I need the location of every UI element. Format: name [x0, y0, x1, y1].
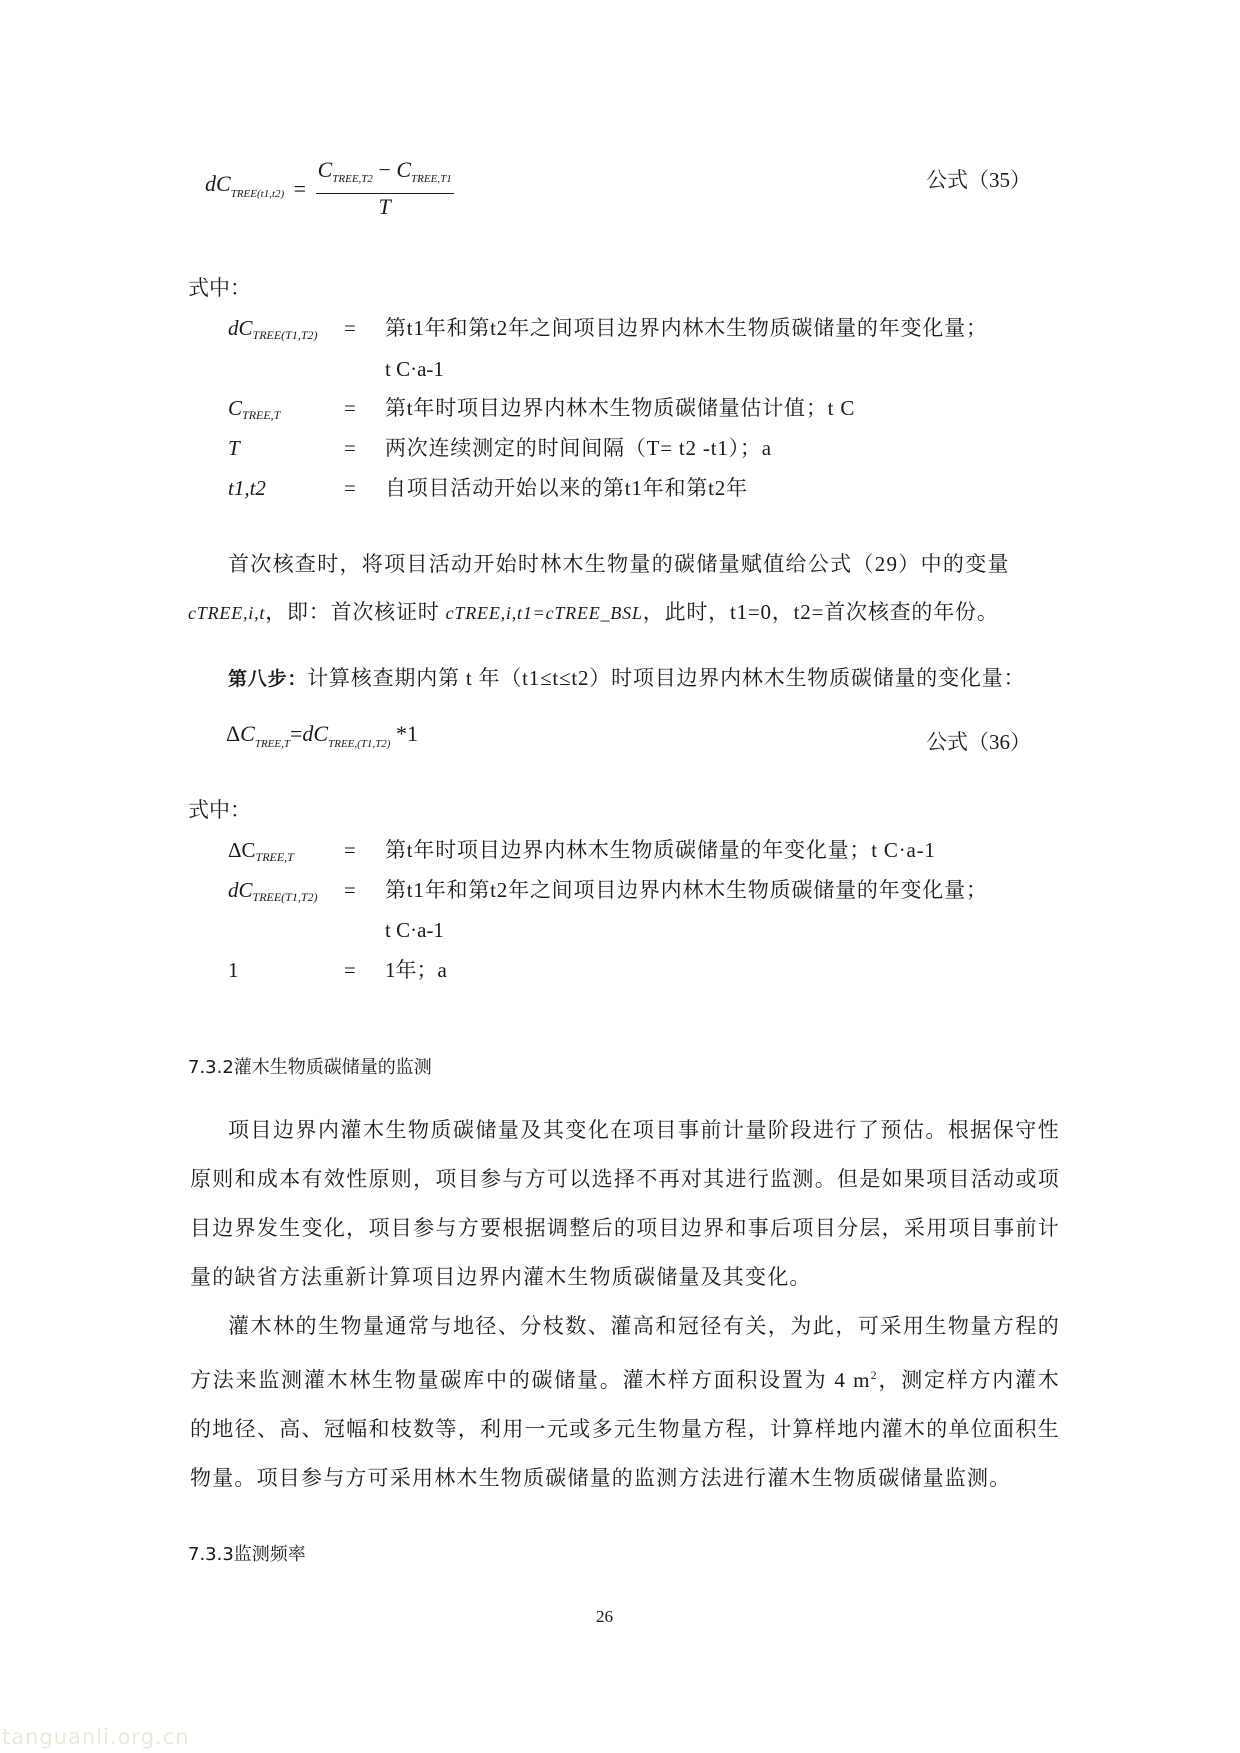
formula-35-fraction: CTREE,t2 − CTREE,t1 T: [316, 158, 454, 219]
where-title-1: 式中：: [188, 276, 251, 300]
section-7-3-2-paragraph-1: 项目边界内灌木生物质碳储量及其变化在项目事前计量阶段进行了预估。根据保守性原则和…: [190, 1106, 1060, 1302]
where1-desc-0: 第t1年和第t2年之间项目边界内林木生物质碳储量的年变化量；: [385, 316, 988, 340]
where1-eq-3: =: [344, 476, 356, 500]
where1-eq-0: =: [344, 316, 356, 340]
where2-desc-1-cont: t C·a-1: [385, 918, 444, 942]
page-number: 26: [596, 1607, 613, 1627]
formula-35-label: 公式（35）: [926, 168, 1031, 192]
step-8: 第八步：计算核查期内第 t 年（t1≤t≤t2）时项目边界内林木生物质碳储量的变…: [228, 666, 1025, 691]
where1-desc-3: 自项目活动开始以来的第t1年和第t2年: [385, 476, 748, 500]
formula-36: ΔCTREE,t=dCTREE,(t1,t2) *1: [226, 722, 418, 756]
watermark: tanguanli.org.cn: [2, 1725, 190, 1749]
where1-desc-0-cont: t C·a-1: [385, 357, 444, 381]
formula-35-lhs-d: d: [205, 171, 216, 196]
where1-symbol-1: CTREE,t: [228, 396, 280, 427]
step-8-text: 计算核查期内第 t 年（t1≤t≤t2）时项目边界内林木生物质碳储量的变化量：: [307, 666, 1025, 690]
paragraph-first-check-line2: cTREE,i,t，即：首次核证时 cTREE,i,t1=cTREE_BSL，此…: [188, 600, 999, 625]
where1-desc-2: 两次连续测定的时间间隔（T= t2 -t1）；a: [385, 436, 772, 460]
where2-desc-2: 1年；a: [385, 958, 447, 982]
section-heading-7-3-2: 7.3.2灌木生物质碳储量的监测: [188, 1053, 432, 1079]
section-7-3-2-paragraph-2: 灌木林的生物量通常与地径、分枝数、灌高和冠径有关，为此，可采用生物量方程的方法来…: [190, 1302, 1060, 1503]
where2-eq-0: =: [344, 838, 356, 862]
where1-symbol-0: dCTREE(t1,t2): [228, 316, 318, 347]
where-title-2: 式中：: [188, 798, 251, 822]
where2-desc-1: 第t1年和第t2年之间项目边界内林木生物质碳储量的年变化量；: [385, 878, 988, 902]
where1-eq-1: =: [344, 396, 356, 420]
where2-symbol-0: ΔCTREE,t: [228, 838, 294, 869]
where1-symbol-3: t1,t2: [228, 476, 266, 500]
where2-desc-0: 第t年时项目边界内林木生物质碳储量的年变化量；t C·a-1: [385, 838, 936, 862]
paragraph-first-check-line1: 首次核查时，将项目活动开始时林木生物量的碳储量赋值给公式（29）中的变量: [228, 552, 1010, 576]
where2-eq-1: =: [344, 878, 356, 902]
section-heading-7-3-3: 7.3.3监测频率: [188, 1540, 306, 1566]
where1-desc-1: 第t年时项目边界内林木生物质碳储量估计值；t C: [385, 396, 855, 420]
where2-eq-2: =: [344, 958, 356, 982]
step-8-label: 第八步：: [228, 668, 307, 690]
formula-36-label: 公式（36）: [926, 730, 1031, 754]
where2-symbol-1: dCTREE(t1,t2): [228, 878, 318, 909]
where1-symbol-2: T: [228, 436, 240, 460]
formula-35: dCTREE(t1,t2) = CTREE,t2 − CTREE,t1 T: [205, 158, 454, 219]
where1-eq-2: =: [344, 436, 356, 460]
where2-symbol-2: 1: [228, 958, 239, 982]
